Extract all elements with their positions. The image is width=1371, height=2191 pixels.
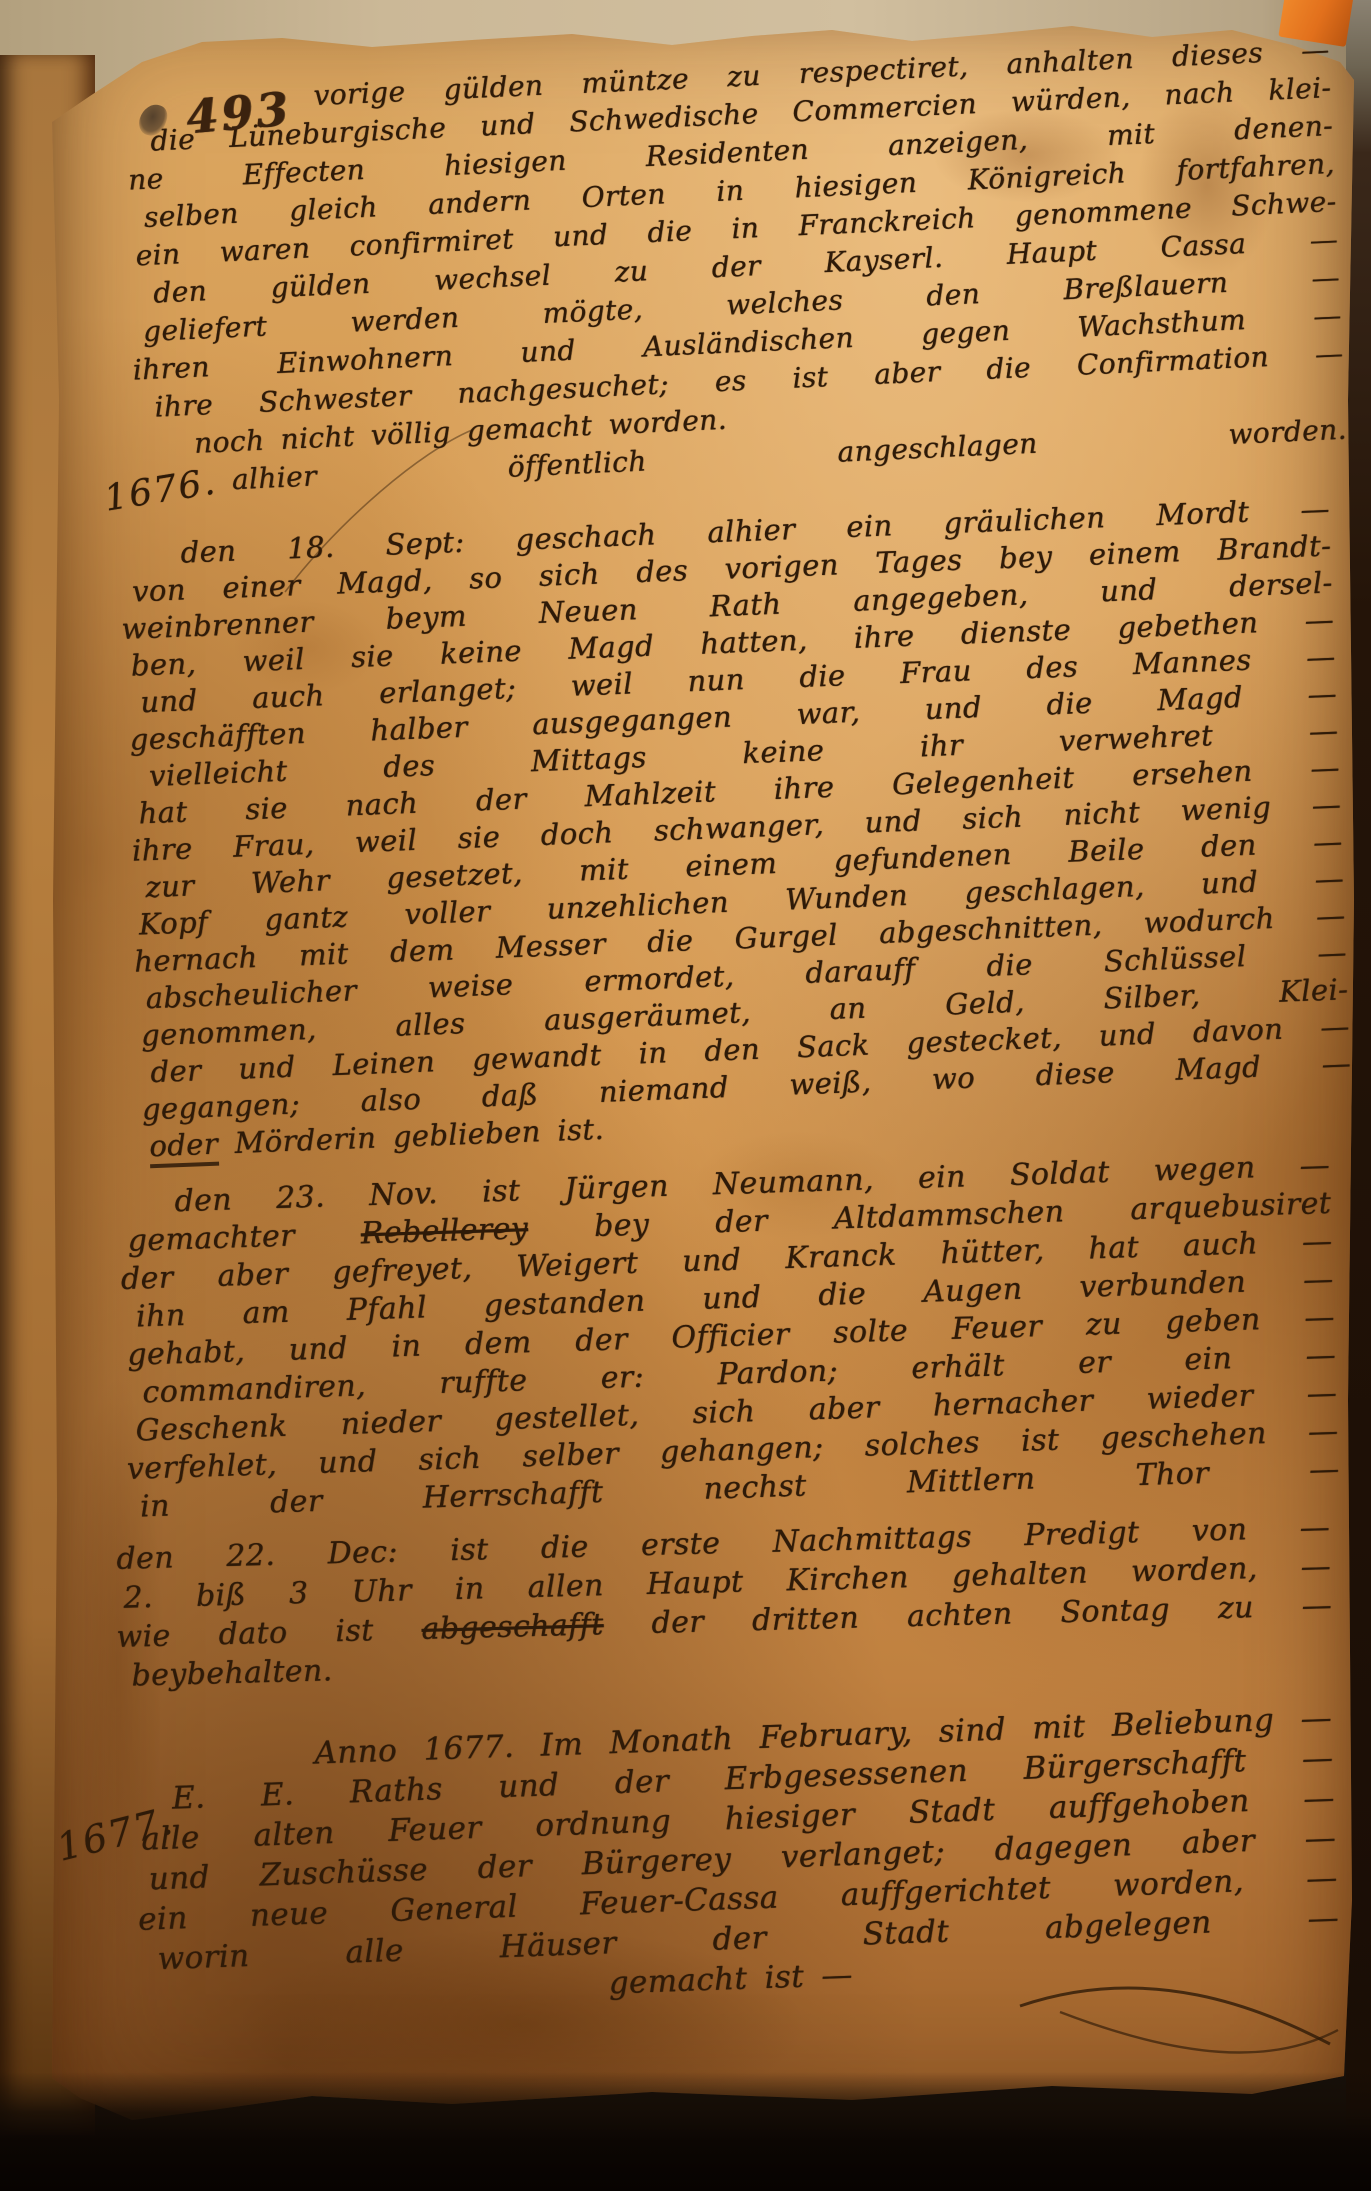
entry-1676-december-22: den 22. Dec: ist die erste Nachmittags P… (112, 1510, 1334, 1698)
underlined-word: oder (149, 1127, 219, 1169)
entry-1676-september-18: den 18. Sept: geschach alhier ein gräuli… (118, 491, 1353, 1166)
entry-1677-february: Anno 1677. Im Monath February, sind mit … (130, 1700, 1341, 2022)
entry-1676-confirmation: vorige gülden müntze zu respectiret, anh… (118, 33, 1348, 506)
striked-word: Rebellerey (360, 1211, 528, 1251)
handwriting-layer: vorige gülden müntze zu respectiret, anh… (0, 0, 1371, 2191)
entry-1676-november-23: den 23. Nov. ist Jürgen Neumann, ein Sol… (118, 1148, 1340, 1528)
book-bottom-edge (0, 2072, 1371, 2191)
striked-word: abgeschafft (421, 1607, 604, 1647)
manuscript-photo: 493 1676. 1677. vorige gülden müntze zu … (0, 0, 1371, 2191)
page-number: 493 (184, 82, 293, 145)
